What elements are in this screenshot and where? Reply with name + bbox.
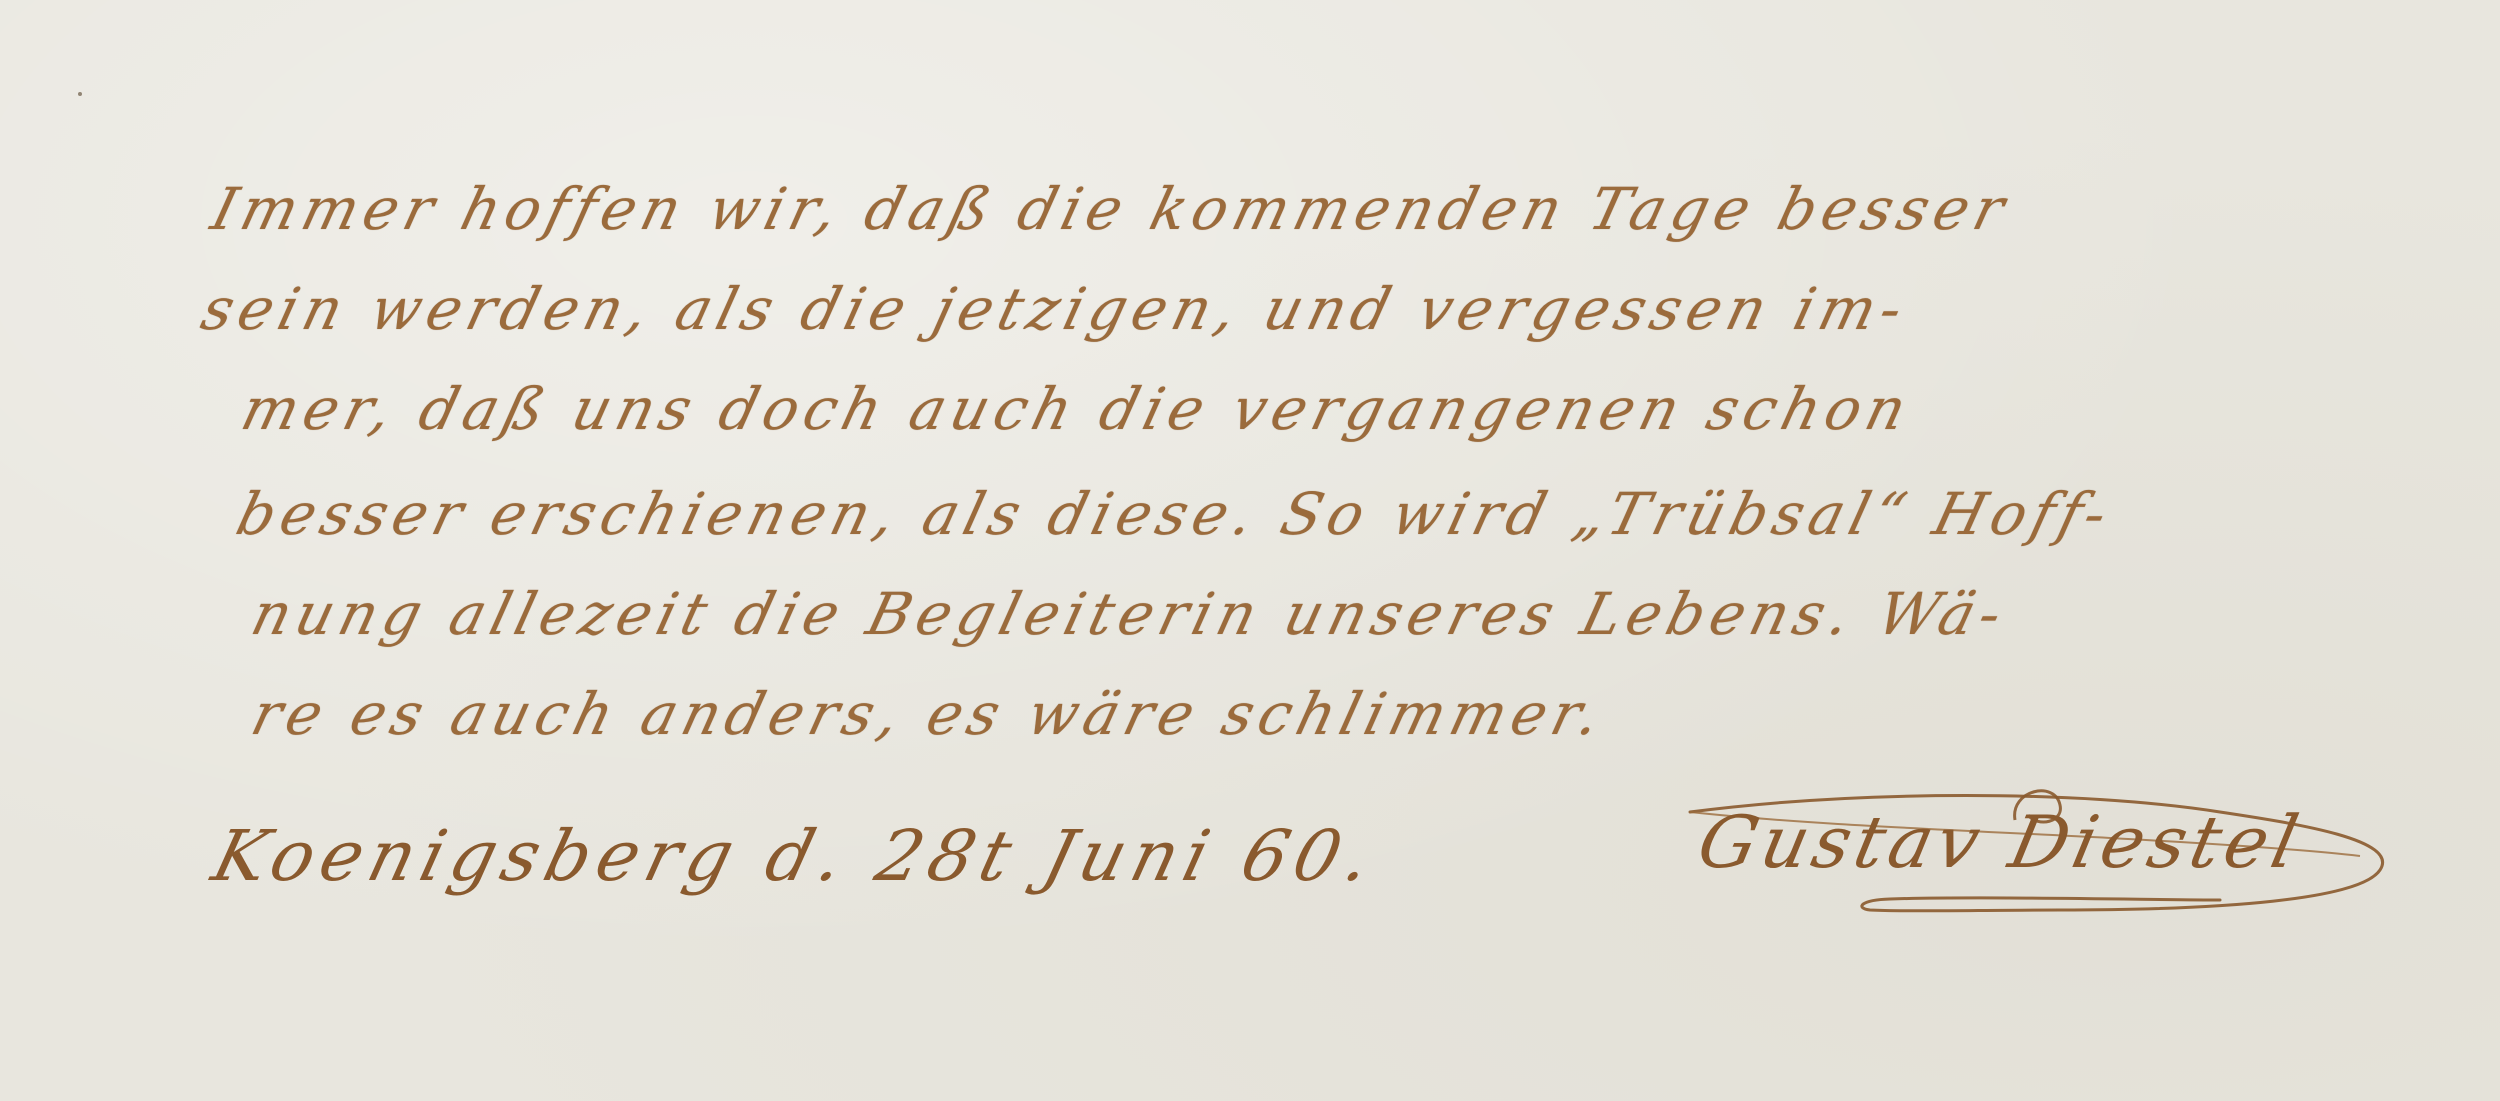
- letter-line-6: re es auch anders, es wäre schlimmer.: [245, 680, 1613, 748]
- letter-line-3: mer, daß uns doch auch die vergangenen s…: [235, 375, 1919, 443]
- letter-line-4: besser erschienen, als diese. So wird „T…: [230, 480, 2120, 548]
- letter-line-5: nung allezeit die Begleiterin unseres Le…: [245, 580, 2014, 648]
- ink-speck: [78, 92, 82, 96]
- signature-name: Gustav Diestel: [1691, 800, 2310, 884]
- paper-sheet: Immer hoffen wir, daß die kommenden Tage…: [0, 0, 2500, 1101]
- letter-line-2: sein werden, als die jetzigen, und verge…: [195, 275, 1915, 343]
- letter-line-1: Immer hoffen wir, daß die kommenden Tage…: [205, 175, 2017, 243]
- place-and-date: Koenigsberg d. 28t Juni 60.: [205, 815, 1386, 897]
- signature: Gustav Diestel: [1690, 770, 2410, 920]
